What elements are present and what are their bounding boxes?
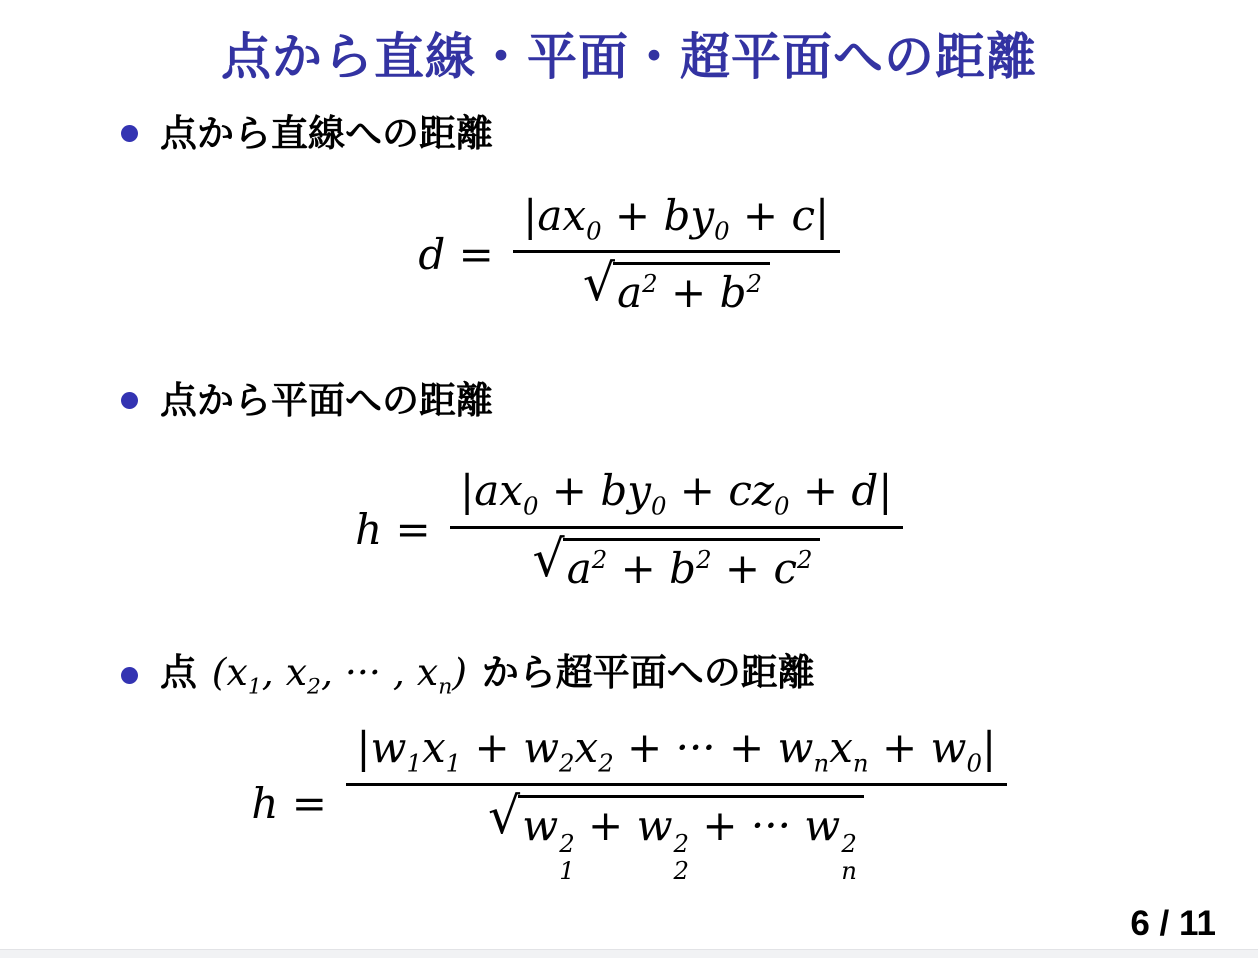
- bullet-dot-icon: [121, 667, 138, 684]
- bullet-dot-icon: [121, 392, 138, 409]
- bullet-item-hyperplane-distance: 点 (x1, x2, ··· , xn) から超平面への距離: [121, 649, 1198, 701]
- fraction-numerator: |ax0 + by0 + cz0 + d|: [450, 466, 903, 529]
- bullet-label: 点から平面への距離: [160, 378, 493, 424]
- page-number: 6 / 11: [1130, 904, 1216, 944]
- radical-sign-icon: √: [488, 795, 520, 836]
- radical-sign-icon: √: [583, 262, 615, 303]
- equation-lhs: h =: [251, 779, 327, 829]
- radicand: a2 + b2 + c2: [563, 538, 820, 596]
- footer-bar: [0, 949, 1258, 958]
- fraction-denominator: √ w21 + w22 + ··· w2n: [346, 786, 1007, 885]
- equation-lhs: d =: [418, 230, 493, 280]
- radicand: a2 + b2: [613, 262, 770, 320]
- fraction: |ax0 + by0 + cz0 + d| √ a2 + b2 + c2: [450, 466, 903, 595]
- equation-point-to-plane: h = |ax0 + by0 + cz0 + d| √ a2 + b2 + c2: [0, 466, 1258, 595]
- equation-lhs: h =: [355, 505, 431, 555]
- fraction: |w1x1 + w2x2 + ··· + wnxn + w0| √ w21 + …: [346, 723, 1007, 884]
- bullet-label-prefix: 点: [160, 652, 197, 693]
- square-root: √ a2 + b2: [583, 262, 770, 320]
- bullet-inline-math: (x1, x2, ··· , xn): [212, 650, 467, 694]
- fraction: |ax0 + by0 + c| √ a2 + b2: [513, 191, 840, 320]
- fraction-denominator: √ a2 + b2 + c2: [450, 529, 903, 595]
- fraction-denominator: √ a2 + b2: [513, 253, 840, 319]
- square-root: √ w21 + w22 + ··· w2n: [488, 795, 865, 885]
- slide-title: 点から直線・平面・超平面への距離: [0, 0, 1258, 89]
- bullet-item-plane-distance: 点から平面への距離: [121, 378, 1198, 424]
- radicand: w21 + w22 + ··· w2n: [518, 795, 864, 885]
- bullet-dot-icon: [121, 125, 138, 142]
- fraction-numerator: |ax0 + by0 + c|: [513, 191, 840, 254]
- bullet-label: 点から直線への距離: [160, 111, 493, 157]
- radical-sign-icon: √: [532, 538, 564, 579]
- square-root: √ a2 + b2 + c2: [532, 538, 820, 596]
- fraction-numerator: |w1x1 + w2x2 + ··· + wnxn + w0|: [346, 723, 1007, 786]
- equation-point-to-line: d = |ax0 + by0 + c| √ a2 + b2: [0, 191, 1258, 320]
- bullet-item-line-distance: 点から直線への距離: [121, 111, 1198, 157]
- slide: 点から直線・平面・超平面への距離 点から直線への距離 d = |ax0 + by…: [0, 0, 1258, 958]
- equation-point-to-hyperplane: h = |w1x1 + w2x2 + ··· + wnxn + w0| √ w2…: [0, 723, 1258, 884]
- bullet-label: 点 (x1, x2, ··· , xn) から超平面への距離: [160, 649, 815, 701]
- bullet-label-suffix: から超平面への距離: [482, 652, 815, 693]
